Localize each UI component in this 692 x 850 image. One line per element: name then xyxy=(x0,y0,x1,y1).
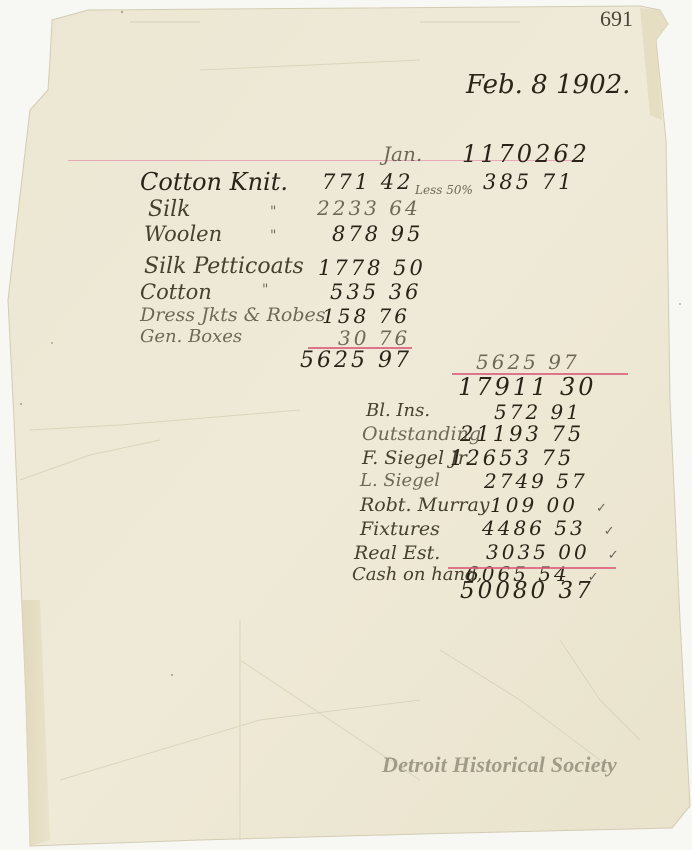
grand-total-ruling xyxy=(448,567,616,569)
check-mark-icon: ✓ xyxy=(596,501,607,516)
merch-amount-cotton-knit: 771 42 xyxy=(322,172,413,193)
merch-amount-gen-boxes: 30 76 xyxy=(338,328,410,348)
asset-amount-real-est: 3035 00 xyxy=(486,542,590,562)
ditto-mark: " xyxy=(270,205,276,219)
asset-label-fixtures: Fixtures xyxy=(360,520,440,539)
merch-label-cotton: Cotton xyxy=(140,282,212,303)
merch-label-gen-boxes: Gen. Boxes xyxy=(140,328,242,346)
asset-label-l-siegel: L. Siegel xyxy=(360,472,440,490)
merch-label-dress-jackets: Dress Jkts & Robes xyxy=(140,306,326,325)
ditto-mark: " xyxy=(270,229,276,243)
asset-amount-robt-murray: 109 00 xyxy=(490,495,578,515)
merch-label-woolen: Woolen xyxy=(144,224,222,245)
paper-background xyxy=(0,0,692,850)
page-number: 691 xyxy=(600,6,633,32)
asset-amount-outstanding: 21193 75 xyxy=(460,424,584,445)
document-date: Feb. 8 1902. xyxy=(466,72,630,98)
carried-amount: 5625 97 xyxy=(476,352,580,372)
header-label: Jan. xyxy=(383,144,422,164)
subtotal-amount: 17911 30 xyxy=(458,375,597,399)
check-mark-icon: ✓ xyxy=(604,524,615,539)
asset-amount-bl-ins: 572 91 xyxy=(494,402,582,422)
document-sheet: 691 Feb. 8 1902. Jan. 1170262 Cotton Kni… xyxy=(0,0,692,850)
asset-label-bl-ins: Bl. Ins. xyxy=(366,402,430,420)
merch-amount-woolen: 878 95 xyxy=(332,224,423,245)
merch-note-cotton-knit: Less 50% xyxy=(415,184,473,196)
asset-amount-l-siegel: 2749 57 xyxy=(484,471,588,491)
merch-label-silk: Silk xyxy=(148,199,190,221)
merch-amount-cotton: 535 36 xyxy=(330,282,421,303)
grand-total: 50080 37 xyxy=(460,580,594,603)
ditto-mark: " xyxy=(262,283,268,297)
watermark-detroit-historical-society: Detroit Historical Society xyxy=(382,752,617,778)
merch-amount-silk: 2233 64 xyxy=(317,198,421,218)
merch-amount-dress-jackets: 158 76 xyxy=(322,306,410,326)
merch-amount-silk-petticoats: 1778 50 xyxy=(318,258,426,279)
asset-amount-fixtures: 4486 53 xyxy=(482,518,586,538)
asset-amount-f-siegel: 12653 75 xyxy=(450,448,574,469)
asset-label-real-est: Real Est. xyxy=(354,544,440,563)
merch-label-cotton-knit: Cotton Knit. xyxy=(140,170,288,194)
check-mark-icon: ✓ xyxy=(608,548,619,563)
asset-label-robt-murray: Robt. Murray xyxy=(360,496,490,515)
merch-net-cotton-knit: 385 71 xyxy=(483,172,574,193)
merch-label-silk-petticoats: Silk Petticoats xyxy=(144,256,304,278)
header-amount: 1170262 xyxy=(462,142,590,166)
merch-total: 5625 97 xyxy=(300,350,412,372)
